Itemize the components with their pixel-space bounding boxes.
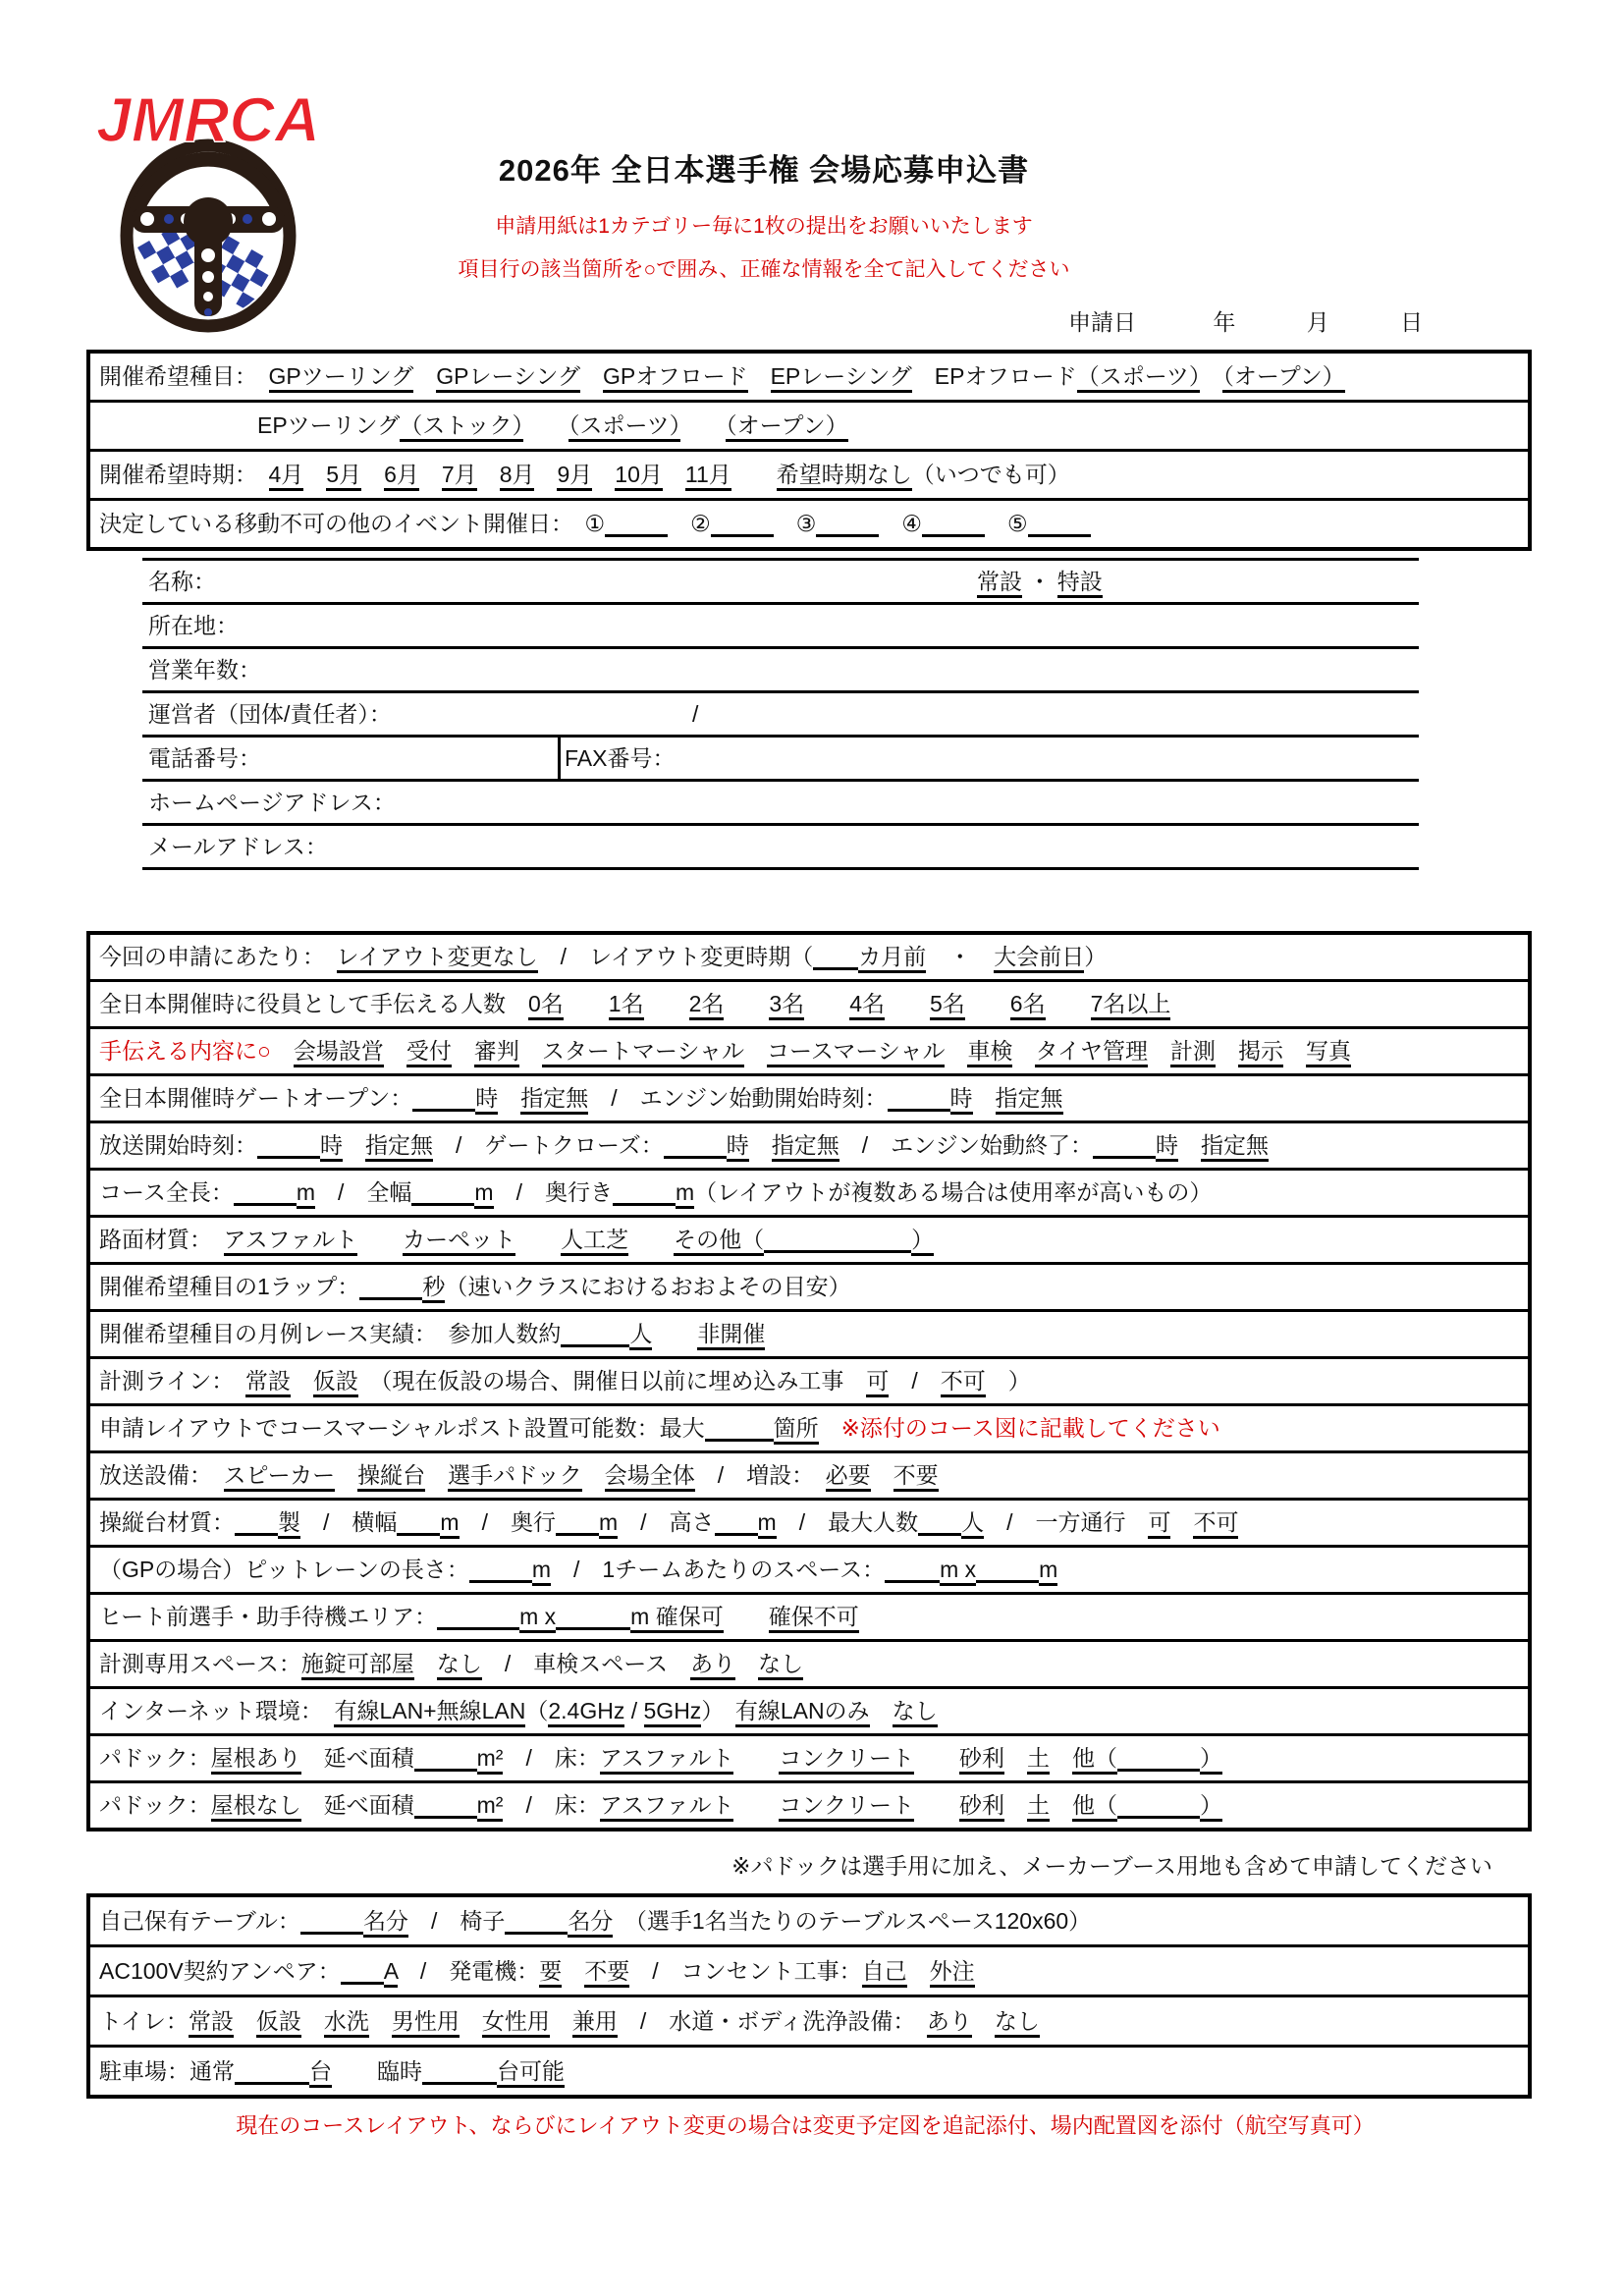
circle-option: 名分 [363, 1908, 408, 1938]
label-text: EPツーリング [99, 412, 400, 438]
site-type-options: 常設 ・ 特設 [977, 561, 1103, 602]
circle-option: EPレーシング [771, 363, 912, 393]
circle-option: 兼用 [572, 2008, 618, 2038]
label-text: 駐車場：通常 [99, 2058, 235, 2084]
circle-option: m [474, 1179, 493, 1209]
label-text [523, 412, 568, 438]
date-unit-month: 月 [1307, 309, 1329, 335]
circle-option: 自己 [862, 1958, 907, 1988]
blank-field [411, 1201, 474, 1206]
label-text: 路面材質： [99, 1227, 224, 1252]
circle-option: 他（ [1072, 1745, 1117, 1775]
circle-option: 6月 [384, 462, 419, 491]
label-text: （レイアウトが複数ある場合は使用率が高いもの） [694, 1179, 1212, 1205]
label-text: 申請レイアウトでコースマーシャルポスト設置可能数：最大 [99, 1415, 705, 1441]
label-text [972, 2008, 995, 2034]
circle-option: なし [758, 1651, 803, 1680]
circle-option: GPオフロード [603, 363, 748, 393]
circle-option: m² [477, 1792, 504, 1822]
label-text: / [889, 1368, 940, 1394]
label-text [1004, 1792, 1027, 1818]
circle-option: 台可能 [497, 2058, 565, 2088]
circle-option: 仮設 [256, 2008, 301, 2038]
form-row: 手伝える内容に○ 会場設営 受付 審判 スタートマーシャル コースマーシャル 車… [90, 1026, 1528, 1073]
circle-option: 常設 [189, 2008, 234, 2038]
blank-field [341, 1980, 384, 1985]
label-text [234, 2008, 256, 2034]
circle-option: 0名 [528, 991, 564, 1020]
circle-option: 6名 [1010, 991, 1046, 1020]
blank-field [414, 1814, 477, 1819]
circle-option: 会場全体 [605, 1462, 695, 1492]
label-text: EPオフロード [935, 363, 1077, 389]
circle-option: （スポーツ） [1077, 363, 1201, 393]
venue-phone-label: 電話番号： [142, 738, 558, 779]
circle-option: 3名 [769, 991, 804, 1020]
instruction-note-2: 項目行の該当箇所を○で囲み、正確な情報を全て記入してください [86, 253, 1441, 283]
label-text: 今回の申請にあたり： [99, 944, 337, 969]
circle-option: 不可 [1193, 1509, 1238, 1539]
label-text: / エンジン始動終了： [839, 1132, 1093, 1158]
circle-option: （ストック） [400, 412, 523, 442]
label-text: 全日本開催時ゲートオープン： [99, 1085, 412, 1111]
blank-field [1028, 532, 1091, 537]
circle-option: 有線LANのみ [735, 1698, 870, 1727]
form-row: 駐車場：通常台 臨時台可能 [90, 2045, 1528, 2095]
venue-years-label: 営業年数： [148, 657, 261, 683]
label-text: / 高さ [618, 1509, 714, 1535]
circle-option: A [384, 1958, 398, 1988]
circle-option: m [532, 1557, 551, 1586]
circle-option: m [440, 1509, 459, 1539]
circle-option: タイヤ管理 [1035, 1038, 1148, 1067]
label-text [628, 1227, 674, 1252]
blank-field [711, 532, 774, 537]
circle-option: 2名 [689, 991, 725, 1020]
circle-option: アスファルト [600, 1745, 734, 1775]
circle-option: 選手パドック [448, 1462, 582, 1492]
circle-option: 車検 [967, 1038, 1012, 1067]
label-text [301, 2008, 324, 2034]
label-text: ） [701, 1698, 735, 1723]
instruction-note-1: 申請用紙は1カテゴリー毎に1枚の提出をお願いいたします [86, 210, 1441, 240]
blank-field [469, 1578, 532, 1583]
label-text [519, 1038, 542, 1064]
form-row: 路面材質： アスファルト カーペット 人工芝 その他（） [90, 1215, 1528, 1262]
circle-option: m² [477, 1745, 504, 1775]
label-text [724, 1604, 769, 1629]
label-text [871, 1462, 893, 1488]
label-text: / 増設： [695, 1462, 826, 1488]
circle-option: 水洗 [324, 2008, 369, 2038]
circle-option: 砂利 [959, 1792, 1004, 1822]
circle-option: 4月 [269, 462, 304, 491]
application-form-page: JMRCA 2026年 全日本選手権 会場応募申込書 申請用紙は1カテゴリー毎に… [0, 0, 1624, 2296]
label-text: 全日本開催時に役員として手伝える人数 [99, 991, 528, 1016]
form-row: 自己保有テーブル：名分 / 椅子名分 （選手1名当たりのテーブルスペース120x… [90, 1897, 1528, 1944]
circle-option: コースマーシャル [767, 1038, 945, 1067]
blank-field [1117, 1814, 1200, 1819]
circle-option: m x [940, 1557, 976, 1586]
blank-field [437, 1625, 519, 1630]
circle-option: 不可 [941, 1368, 986, 1397]
form-row: 放送設備： スピーカー 操縦台 選手パドック 会場全体 / 増設： 必要 不要 [90, 1450, 1528, 1498]
label-text: 開催希望時期： [99, 462, 269, 487]
label-text: ） [1084, 944, 1107, 969]
label-text: 決定している移動不可の他のイベント開催日： [99, 511, 585, 536]
circle-option: 製 [278, 1509, 300, 1539]
form-row: 計測ライン： 常設 仮設 （現在仮設の場合、開催日以前に埋め込み工事 可 / 不… [90, 1356, 1528, 1403]
blank-field [918, 1531, 961, 1536]
label-text: 臨時 [332, 2058, 422, 2084]
label-text: ③ [796, 511, 817, 536]
label-text: パドック： [99, 1792, 211, 1818]
blank-field [235, 1531, 278, 1536]
circle-option: 時 [320, 1132, 343, 1162]
blank-field [235, 2080, 309, 2085]
label-text [357, 1227, 403, 1252]
blank-field [300, 1930, 363, 1935]
circle-option: その他（ [674, 1227, 764, 1256]
label-text: （GPの場合）ピットレーンの長さ： [99, 1557, 469, 1582]
label-text: / 横幅 [300, 1509, 397, 1535]
circle-option: 写真 [1306, 1038, 1351, 1067]
label-text: トイレ： [99, 2008, 189, 2034]
circle-option: 8月 [500, 462, 535, 491]
circle-option: スタートマーシャル [542, 1038, 744, 1067]
form-row: コース全長：m / 全幅m / 奥行きm（レイアウトが複数ある場合は使用率が高い… [90, 1168, 1528, 1215]
circle-option: m [676, 1179, 694, 1209]
blank-field [705, 1437, 774, 1442]
form-row: 今回の申請にあたり： レイアウト変更なし / レイアウト変更時期（カ月前 ・ 大… [90, 935, 1528, 979]
circle-option: なし [893, 1698, 938, 1727]
venue-name-label: 名称： [148, 569, 216, 594]
label-text [1200, 363, 1222, 389]
circle-option: 仮設 [313, 1368, 358, 1397]
circle-option: 秒 [422, 1274, 445, 1303]
circle-option: 可 [1148, 1509, 1170, 1539]
label-text [534, 462, 557, 487]
label-text: 計測ライン： [99, 1368, 245, 1394]
circle-option: 可 [866, 1368, 889, 1397]
label-text: 開催希望種目の1ラップ： [99, 1274, 359, 1299]
label-text [1050, 1745, 1072, 1771]
blank-field [1093, 1154, 1156, 1159]
label-text: AC100V契約アンペア： [99, 1958, 341, 1984]
label-text [965, 991, 1010, 1016]
red-label: 手伝える内容に○ [99, 1038, 271, 1064]
circle-option: 指定無 [996, 1085, 1063, 1115]
circle-option: アスファルト [224, 1227, 358, 1256]
blank-field [764, 1248, 911, 1253]
circle-option: 施錠可部屋 [301, 1651, 414, 1680]
blank-field [505, 1930, 568, 1935]
application-date-label: 申請日 [1068, 309, 1136, 335]
circle-option: ） [1200, 1745, 1222, 1775]
venue-email-row: メールアドレス： [142, 826, 1419, 870]
circle-option: 不要 [584, 1958, 629, 1988]
label-text: ① [585, 511, 606, 536]
label-text [1046, 991, 1091, 1016]
label-text [644, 991, 689, 1016]
label-text: （いつでも可） [912, 462, 1070, 487]
label-text: パドック： [99, 1745, 211, 1771]
separator: ・ [1028, 569, 1051, 594]
label-text [564, 991, 609, 1016]
label-text: / 発電機： [398, 1958, 539, 1984]
circle-option: 名分 [568, 1908, 613, 1938]
venue-email-label: メールアドレス： [148, 834, 328, 859]
form-row: 開催希望種目： GPツーリング GPレーシング GPオフロード EPレーシング … [90, 354, 1528, 400]
circle-option: 要 [539, 1958, 562, 1988]
circle-option: 2.4GHz [548, 1698, 624, 1727]
circle-option: 土 [1027, 1792, 1050, 1822]
label-text: / エンジン始動開始時刻： [588, 1085, 887, 1111]
form-row: 開催希望時期： 4月 5月 6月 7月 8月 9月 10月 11月 希望時期なし… [90, 449, 1528, 498]
label-text: / 水道・ボディ洗浄設備： [618, 2008, 927, 2034]
label-text: ヒート前選手・助手待機エリア： [99, 1604, 437, 1629]
label-text [1004, 1745, 1027, 1771]
form-title: 2026年 全日本選手権 会場応募申込書 [86, 145, 1441, 190]
label-text: / 全幅 [315, 1179, 411, 1205]
circle-option: なし [995, 2008, 1040, 2038]
label-text: / 車検スペース [482, 1651, 690, 1676]
label-text [271, 1038, 294, 1064]
label-text: 操縦台材質： [99, 1509, 235, 1535]
blank-field [813, 965, 858, 970]
label-text [945, 1038, 967, 1064]
circle-option: GPレーシング [436, 363, 580, 393]
form-row: 放送開始時刻：時 指定無 / ゲートクローズ：時 指定無 / エンジン始動終了：… [90, 1121, 1528, 1168]
label-text [668, 511, 690, 536]
label-text: ・ [926, 944, 994, 969]
blank-field [605, 532, 668, 537]
circle-option: 屋根なし [211, 1792, 301, 1822]
circle-option: 9月 [557, 462, 592, 491]
blank-field [359, 1295, 422, 1300]
form-row: AC100V契約アンペア：A / 発電機：要 不要 / コンセント工事：自己 外… [90, 1944, 1528, 1995]
label-text: （現在仮設の場合、開催日以前に埋め込み工事 [358, 1368, 867, 1394]
circle-option: 時 [475, 1085, 498, 1115]
blank-field [715, 1531, 758, 1536]
circle-option: 土 [1027, 1745, 1050, 1775]
label-text: ） [986, 1368, 1031, 1394]
circle-option: m x [519, 1604, 556, 1633]
details-table: 今回の申請にあたり： レイアウト変更なし / レイアウト変更時期（カ月前 ・ 大… [86, 931, 1532, 1831]
label-text: ② [690, 511, 711, 536]
paddock-note: ※パドックは選手用に加え、メーカーブース用地も含めて申請してください [86, 1848, 1492, 1881]
venue-years-row: 営業年数： [142, 649, 1419, 693]
circle-option: （スポーツ） [568, 412, 680, 442]
form-row: 開催希望種目の月例レース実績： 参加人数約人 非開催 [90, 1309, 1528, 1356]
venue-operator-label: 運営者（団体/責任者）： [148, 701, 392, 727]
label-text [414, 1651, 437, 1676]
circle-option: 男性用 [392, 2008, 460, 2038]
label-text [748, 363, 771, 389]
label-text: / ゲートクローズ： [433, 1132, 664, 1158]
label-text [879, 511, 901, 536]
circle-option: 時 [950, 1085, 973, 1115]
circle-option: スピーカー [224, 1462, 336, 1492]
circle-option: 人工芝 [561, 1227, 628, 1256]
circle-option: 会場設営 [294, 1038, 384, 1067]
label-text: 放送開始時刻： [99, 1132, 257, 1158]
label-text [343, 1132, 365, 1158]
label-text [1012, 1038, 1035, 1064]
label-text: （選手1名当たりのテーブルスペース120x60） [613, 1908, 1091, 1934]
circle-option: 箇所 [774, 1415, 819, 1445]
label-text [885, 991, 930, 1016]
label-text [291, 1368, 313, 1394]
label-text: （ [525, 1698, 548, 1723]
label-text [907, 1958, 930, 1984]
label-text [1050, 1792, 1072, 1818]
footer-note: 現在のコースレイアウト、ならびにレイアウト変更の場合は変更予定図を追記添付、場内… [86, 2109, 1524, 2140]
circle-option: ） [1200, 1792, 1222, 1822]
label-text [369, 2008, 392, 2034]
label-text [1216, 1038, 1238, 1064]
label-text [1283, 1038, 1306, 1064]
circle-option: アスファルト [600, 1792, 734, 1822]
label-text [419, 462, 442, 487]
label-text [384, 1038, 406, 1064]
label-text [870, 1698, 893, 1723]
label-text [460, 2008, 482, 2034]
label-text: / 1チームあたりのスペース： [551, 1557, 885, 1582]
form-row: 決定している移動不可の他のイベント開催日： ① ② ③ ④ ⑤ [90, 498, 1528, 547]
circle-option: 時 [1156, 1132, 1178, 1162]
label-text [425, 1462, 448, 1488]
blank-field [816, 532, 879, 537]
label-text [477, 462, 500, 487]
circle-option: 有線LAN+無線LAN [334, 1698, 525, 1727]
label-text [515, 1227, 561, 1252]
circle-option: 大会前日 [994, 944, 1084, 973]
label-text: / 一方通行 [984, 1509, 1148, 1535]
venue-operator-row: 運営者（団体/責任者）： / [142, 693, 1419, 738]
venue-address-label: 所在地： [148, 613, 239, 638]
label-text [652, 1321, 697, 1346]
circle-option: 審判 [474, 1038, 519, 1067]
venue-homepage-label: ホームページアドレス： [148, 790, 396, 815]
label-text [973, 1085, 996, 1111]
blank-field [412, 1107, 475, 1112]
blank-field [257, 1154, 320, 1159]
form-row: （GPの場合）ピットレーンの長さ：m / 1チームあたりのスペース：m xm [90, 1545, 1528, 1592]
venue-phone-fax-row: 電話番号： FAX番号： [142, 738, 1419, 782]
blank-field [422, 2080, 497, 2085]
label-text: ④ [901, 511, 922, 536]
circle-option: m [297, 1179, 315, 1209]
circle-option: 指定無 [365, 1132, 433, 1162]
circle-option: ） [911, 1227, 934, 1256]
circle-option: 他（ [1072, 1792, 1117, 1822]
circle-option: 5月 [326, 462, 361, 491]
label-text: / 床： [503, 1745, 599, 1771]
label-text: 開催希望種目： [99, 363, 269, 389]
label-text [335, 1462, 357, 1488]
label-text [731, 462, 777, 487]
blank-field [613, 1201, 676, 1206]
date-unit-day: 日 [1400, 309, 1423, 335]
form-row: 全日本開催時に役員として手伝える人数 0名 1名 2名 3名 4名 5名 6名 … [90, 979, 1528, 1026]
label-text [735, 1651, 758, 1676]
blank-field [556, 1531, 599, 1536]
circle-option: 10月 [615, 462, 663, 491]
form-row: ヒート前選手・助手待機エリア：m xm 確保可 確保不可 [90, 1592, 1528, 1639]
label-text [744, 1038, 767, 1064]
operator-slash: / [692, 693, 698, 735]
circle-option: 常設 [245, 1368, 291, 1397]
circle-option: m [1039, 1557, 1057, 1586]
circle-option: 外注 [930, 1958, 975, 1988]
label-text [733, 1792, 779, 1818]
circle-option: 計測 [1170, 1038, 1216, 1067]
label-text [912, 363, 935, 389]
circle-option: 必要 [826, 1462, 871, 1492]
label-text: / 最大人数 [777, 1509, 918, 1535]
label-text: 放送設備： [99, 1462, 224, 1488]
label-text: 開催希望種目の月例レース実績： 参加人数約 [99, 1321, 561, 1346]
circle-option: 操縦台 [357, 1462, 425, 1492]
blank-field [414, 1767, 477, 1772]
circle-option: 指定無 [772, 1132, 839, 1162]
blank-field [885, 1578, 940, 1583]
blank-field [556, 1625, 630, 1630]
label-text: ⑤ [1007, 511, 1028, 536]
circle-option: 希望時期なし [777, 462, 912, 491]
label-text: インターネット環境： [99, 1698, 334, 1723]
label-text [1148, 1038, 1170, 1064]
circle-option: カ月前 [858, 944, 926, 973]
blank-field [922, 532, 985, 537]
blank-field [976, 1578, 1039, 1583]
circle-option: 5名 [930, 991, 965, 1020]
circle-option: m 確保可 [630, 1604, 724, 1633]
circle-option: （オープン） [1222, 363, 1344, 393]
circle-option: （オープン） [726, 412, 847, 442]
label-text [413, 363, 436, 389]
label-text [592, 462, 615, 487]
label-text [452, 1038, 474, 1064]
circle-option: 常設 [977, 569, 1022, 598]
label-text [1178, 1132, 1201, 1158]
label-text [724, 991, 769, 1016]
form-row: 開催希望種目の1ラップ：秒（速いクラスにおけるおおよその目安） [90, 1262, 1528, 1309]
label-text: / 床： [503, 1792, 599, 1818]
blank-field [561, 1342, 629, 1347]
circle-option: 砂利 [959, 1745, 1004, 1775]
circle-option: 時 [727, 1132, 749, 1162]
label-text [580, 363, 603, 389]
category-table: 開催希望種目： GPツーリング GPレーシング GPオフロード EPレーシング … [86, 350, 1532, 551]
label-text [361, 462, 384, 487]
label-text [819, 1415, 841, 1441]
venue-info-table: 名称： 常設 ・ 特設 所在地： 営業年数： 運営者（団体/責任者）： / 電話… [142, 558, 1419, 870]
label-text: / 奥行 [460, 1509, 556, 1535]
circle-option: 掲示 [1238, 1038, 1283, 1067]
form-row: インターネット環境： 有線LAN+無線LAN（2.4GHz / 5GHz） 有線… [90, 1686, 1528, 1733]
form-row: パドック：屋根あり 延べ面積m² / 床：アスファルト コンクリート 砂利 土 … [90, 1733, 1528, 1780]
circle-option: m [599, 1509, 618, 1539]
label-text [1170, 1509, 1193, 1535]
label-text [550, 2008, 572, 2034]
label-text [804, 991, 849, 1016]
circle-option: カーペット [403, 1227, 515, 1256]
blank-field [397, 1531, 440, 1536]
label-text [582, 1462, 605, 1488]
form-row: 計測専用スペース：施錠可部屋 なし / 車検スペース あり なし [90, 1639, 1528, 1686]
